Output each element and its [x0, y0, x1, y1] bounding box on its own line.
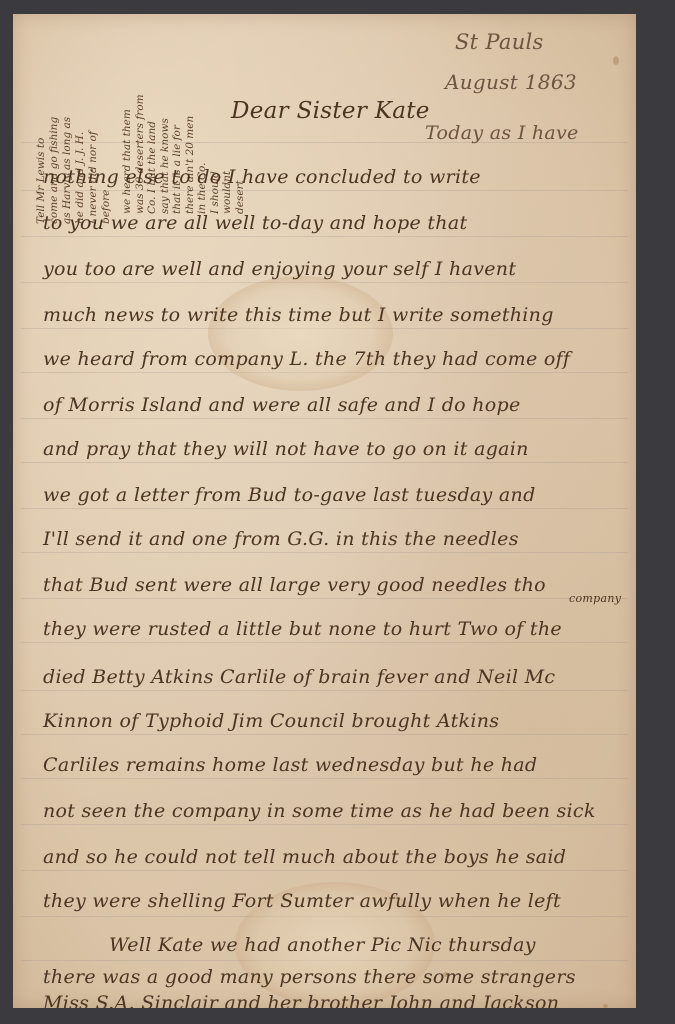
- margin-note-line: before: [100, 24, 113, 224]
- ruled-line: [21, 508, 628, 509]
- margin-note-line: as Harvly as long as: [61, 24, 74, 224]
- body-line: nothing else to do I have concluded to w…: [43, 166, 481, 188]
- margin-note-left: Tell Mr Lewis to come and go fishing as …: [35, 24, 65, 224]
- body-line: Today as I have: [425, 122, 579, 144]
- ruled-line: [21, 642, 628, 643]
- body-line: they were shelling Fort Sumter awfully w…: [43, 890, 561, 912]
- margin-note-line: Tell Mr Lewis to: [35, 24, 48, 224]
- letter-page: St Pauls August 1863 Dear Sister Kate Te…: [13, 14, 636, 1008]
- body-line: died Betty Atkins Carlile of brain fever…: [43, 666, 555, 688]
- body-line: much news to write this time but I write…: [43, 304, 554, 326]
- body-line: Kinnon of Typhoid Jim Council brought At…: [43, 710, 499, 732]
- ruled-line: [21, 690, 628, 691]
- ruled-line: [21, 778, 628, 779]
- body-line: to you we are all well to-day and hope t…: [43, 212, 467, 234]
- body-line: we heard from company L. the 7th they ha…: [43, 348, 570, 370]
- body-line: of Morris Island and were all safe and I…: [43, 394, 521, 416]
- ruled-line: [21, 418, 628, 419]
- body-line: that Bud sent were all large very good n…: [43, 574, 546, 596]
- body-line: you too are well and enjoying your self …: [43, 258, 516, 280]
- body-line: they were rusted a little but none to hu…: [43, 618, 562, 640]
- letter-date: August 1863: [445, 70, 577, 94]
- body-line: there was a good many persons there some…: [43, 966, 576, 988]
- body-line: not seen the company in some time as he …: [43, 800, 596, 822]
- salutation: Dear Sister Kate: [231, 98, 430, 124]
- ruled-line: [21, 552, 628, 553]
- ruled-line: [21, 236, 628, 237]
- ruled-line: [21, 598, 628, 599]
- letter-place: St Pauls: [455, 30, 544, 54]
- margin-note-line: he did and J. J. H.: [74, 24, 87, 224]
- stain-spot: [603, 1004, 608, 1008]
- body-line: Carliles remains home last wednesday but…: [43, 754, 537, 776]
- ruled-line: [21, 734, 628, 735]
- body-line: we got a letter from Bud to-gave last tu…: [43, 484, 536, 506]
- body-line: and pray that they will not have to go o…: [43, 438, 529, 460]
- water-stain: [208, 276, 393, 391]
- stain-spot: [613, 56, 619, 65]
- body-line: Miss S.A. Sinclair and her brother John …: [43, 992, 559, 1008]
- body-line: Well Kate we had another Pic Nic thursda…: [109, 934, 536, 956]
- ruled-line: [21, 462, 628, 463]
- ruled-line: [21, 824, 628, 825]
- margin-note-line: come and go fishing: [48, 24, 61, 224]
- ruled-line: [21, 870, 628, 871]
- body-line: and so he could not tell much about the …: [43, 846, 566, 868]
- body-line: I'll send it and one from G.G. in this t…: [43, 528, 519, 550]
- document-viewer: St Pauls August 1863 Dear Sister Kate Te…: [0, 0, 675, 1024]
- margin-note-line: I never did nor of: [87, 24, 100, 224]
- interlinear-insertion: company: [569, 592, 621, 605]
